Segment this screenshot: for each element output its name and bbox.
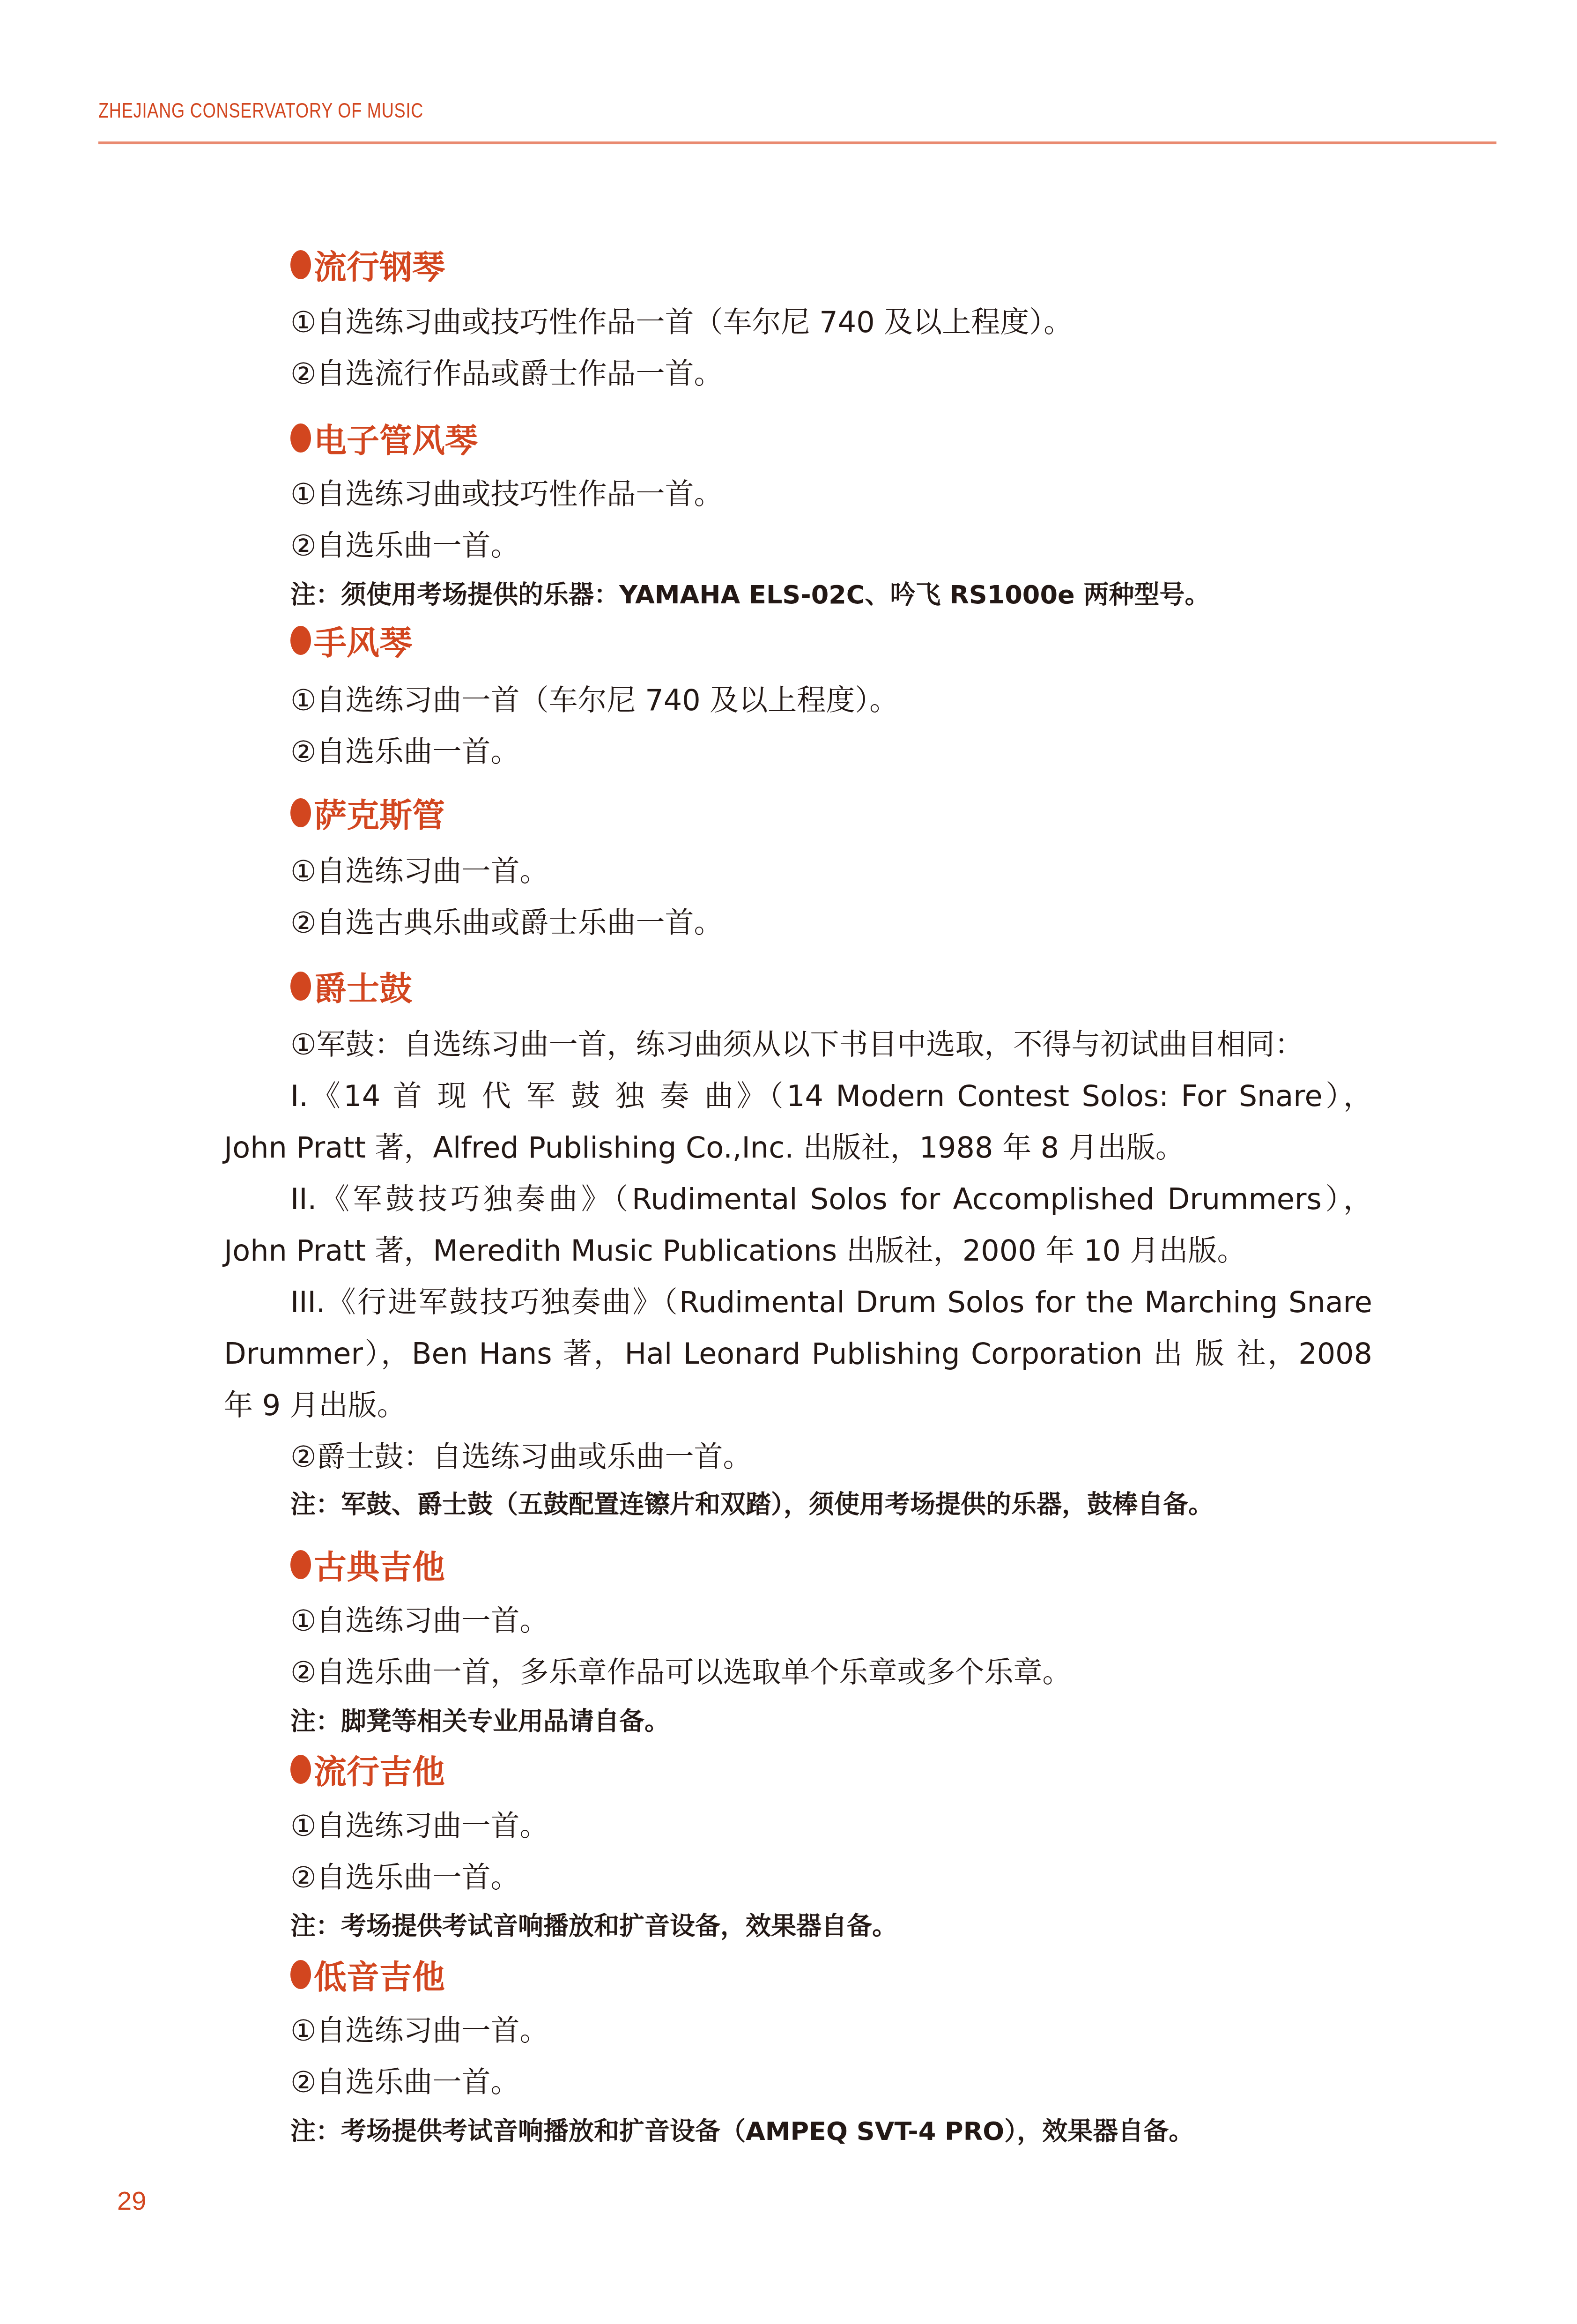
section-heading-bass-guitar: 低音吉他: [290, 1953, 445, 1996]
section-heading-label: 流行钢琴: [314, 241, 445, 289]
book-reference-line: I.《14 首 现 代 军 鼓 独 奏 曲》（14 Modern Contest…: [290, 1077, 1372, 1115]
section-heading-classical-guitar: 古典吉他: [290, 1544, 445, 1586]
section-heading-accordion: 手风琴: [290, 619, 412, 661]
requirement-line: ①自选练习曲一首。: [290, 1807, 549, 1845]
requirement-line: ②自选乐曲一首。: [290, 733, 520, 771]
bullet-dot-icon: [290, 1755, 311, 1784]
section-heading-jazz-drums: 爵士鼓: [290, 965, 412, 1007]
section-heading-label: 萨克斯管: [314, 789, 445, 837]
section-heading-pop-piano: 流行钢琴: [290, 244, 445, 286]
requirement-line: ②自选流行作品或爵士作品一首。: [290, 355, 723, 393]
book-reference-line: John Pratt 著，Alfred Publishing Co.,Inc. …: [224, 1129, 1185, 1166]
bullet-dot-icon: [290, 798, 311, 827]
section-heading-saxophone: 萨克斯管: [290, 792, 445, 834]
page-number: 29: [117, 2185, 146, 2216]
bullet-dot-icon: [290, 972, 311, 1001]
section-heading-electronic-organ: 电子管风琴: [290, 417, 478, 459]
requirement-line: ①自选练习曲或技巧性作品一首。: [290, 475, 723, 513]
section-heading-pop-guitar: 流行吉他: [290, 1748, 445, 1790]
section-heading-label: 手风琴: [314, 617, 412, 664]
requirement-line: ②自选乐曲一首。: [290, 527, 520, 564]
bullet-dot-icon: [290, 626, 311, 655]
requirement-line: ②自选古典乐曲或爵士乐曲一首。: [290, 904, 723, 942]
header-divider: [98, 141, 1496, 144]
requirement-line: ②自选乐曲一首，多乐章作品可以选取单个乐章或多个乐章。: [290, 1654, 1072, 1691]
section-heading-label: 古典吉他: [314, 1541, 445, 1589]
requirement-line: ①自选练习曲一首。: [290, 2012, 549, 2049]
bullet-dot-icon: [290, 1960, 311, 1989]
section-note: 注：脚凳等相关专业用品请自备。: [290, 1703, 670, 1740]
bullet-dot-icon: [290, 250, 311, 279]
section-heading-label: 电子管风琴: [314, 415, 478, 462]
section-note: 注：须使用考场提供的乐器：YAMAHA ELS-02C、吟飞 RS1000e 两…: [290, 576, 1210, 614]
section-note: 注：考场提供考试音响播放和扩音设备（AMPEQ SVT-4 PRO），效果器自备…: [290, 2113, 1194, 2150]
section-note: 注：考场提供考试音响播放和扩音设备，效果器自备。: [290, 1908, 897, 1945]
requirement-line: ①自选练习曲一首。: [290, 853, 549, 890]
requirement-line: ①自选练习曲一首（车尔尼 740 及以上程度）。: [290, 682, 898, 719]
requirement-line: ①自选练习曲一首。: [290, 1602, 549, 1640]
book-reference-line: John Pratt 著，Meredith Music Publications…: [224, 1232, 1246, 1270]
requirement-line: ①军鼓：自选练习曲一首，练习曲须从以下书目中选取，不得与初试曲目相同：: [290, 1026, 1304, 1063]
section-note: 注：军鼓、爵士鼓（五鼓配置连镲片和双踏），须使用考场提供的乐器，鼓棒自备。: [290, 1486, 1214, 1523]
book-reference-line: Drummer），Ben Hans 著，Hal Leonard Publishi…: [224, 1335, 1372, 1373]
book-reference-line: II.《军鼓技巧独奏曲》（Rudimental Solos for Accomp…: [290, 1181, 1372, 1218]
requirement-line: ②自选乐曲一首。: [290, 1859, 520, 1896]
requirement-line: ②爵士鼓：自选练习曲或乐曲一首。: [290, 1438, 752, 1476]
requirement-line: ①自选练习曲或技巧性作品一首（车尔尼 740 及以上程度）。: [290, 304, 1073, 341]
bullet-dot-icon: [290, 1550, 311, 1579]
bullet-dot-icon: [290, 423, 311, 453]
header-title: ZHEJIANG CONSERVATORY OF MUSIC: [98, 99, 423, 123]
section-heading-label: 流行吉他: [314, 1746, 445, 1793]
book-reference-line: III.《行进军鼓技巧独奏曲》（Rudimental Drum Solos fo…: [290, 1284, 1372, 1321]
section-heading-label: 爵士鼓: [314, 963, 412, 1010]
book-reference-line: 年 9 月出版。: [224, 1387, 406, 1424]
section-heading-label: 低音吉他: [314, 1951, 445, 1998]
requirement-line: ②自选乐曲一首。: [290, 2064, 520, 2101]
